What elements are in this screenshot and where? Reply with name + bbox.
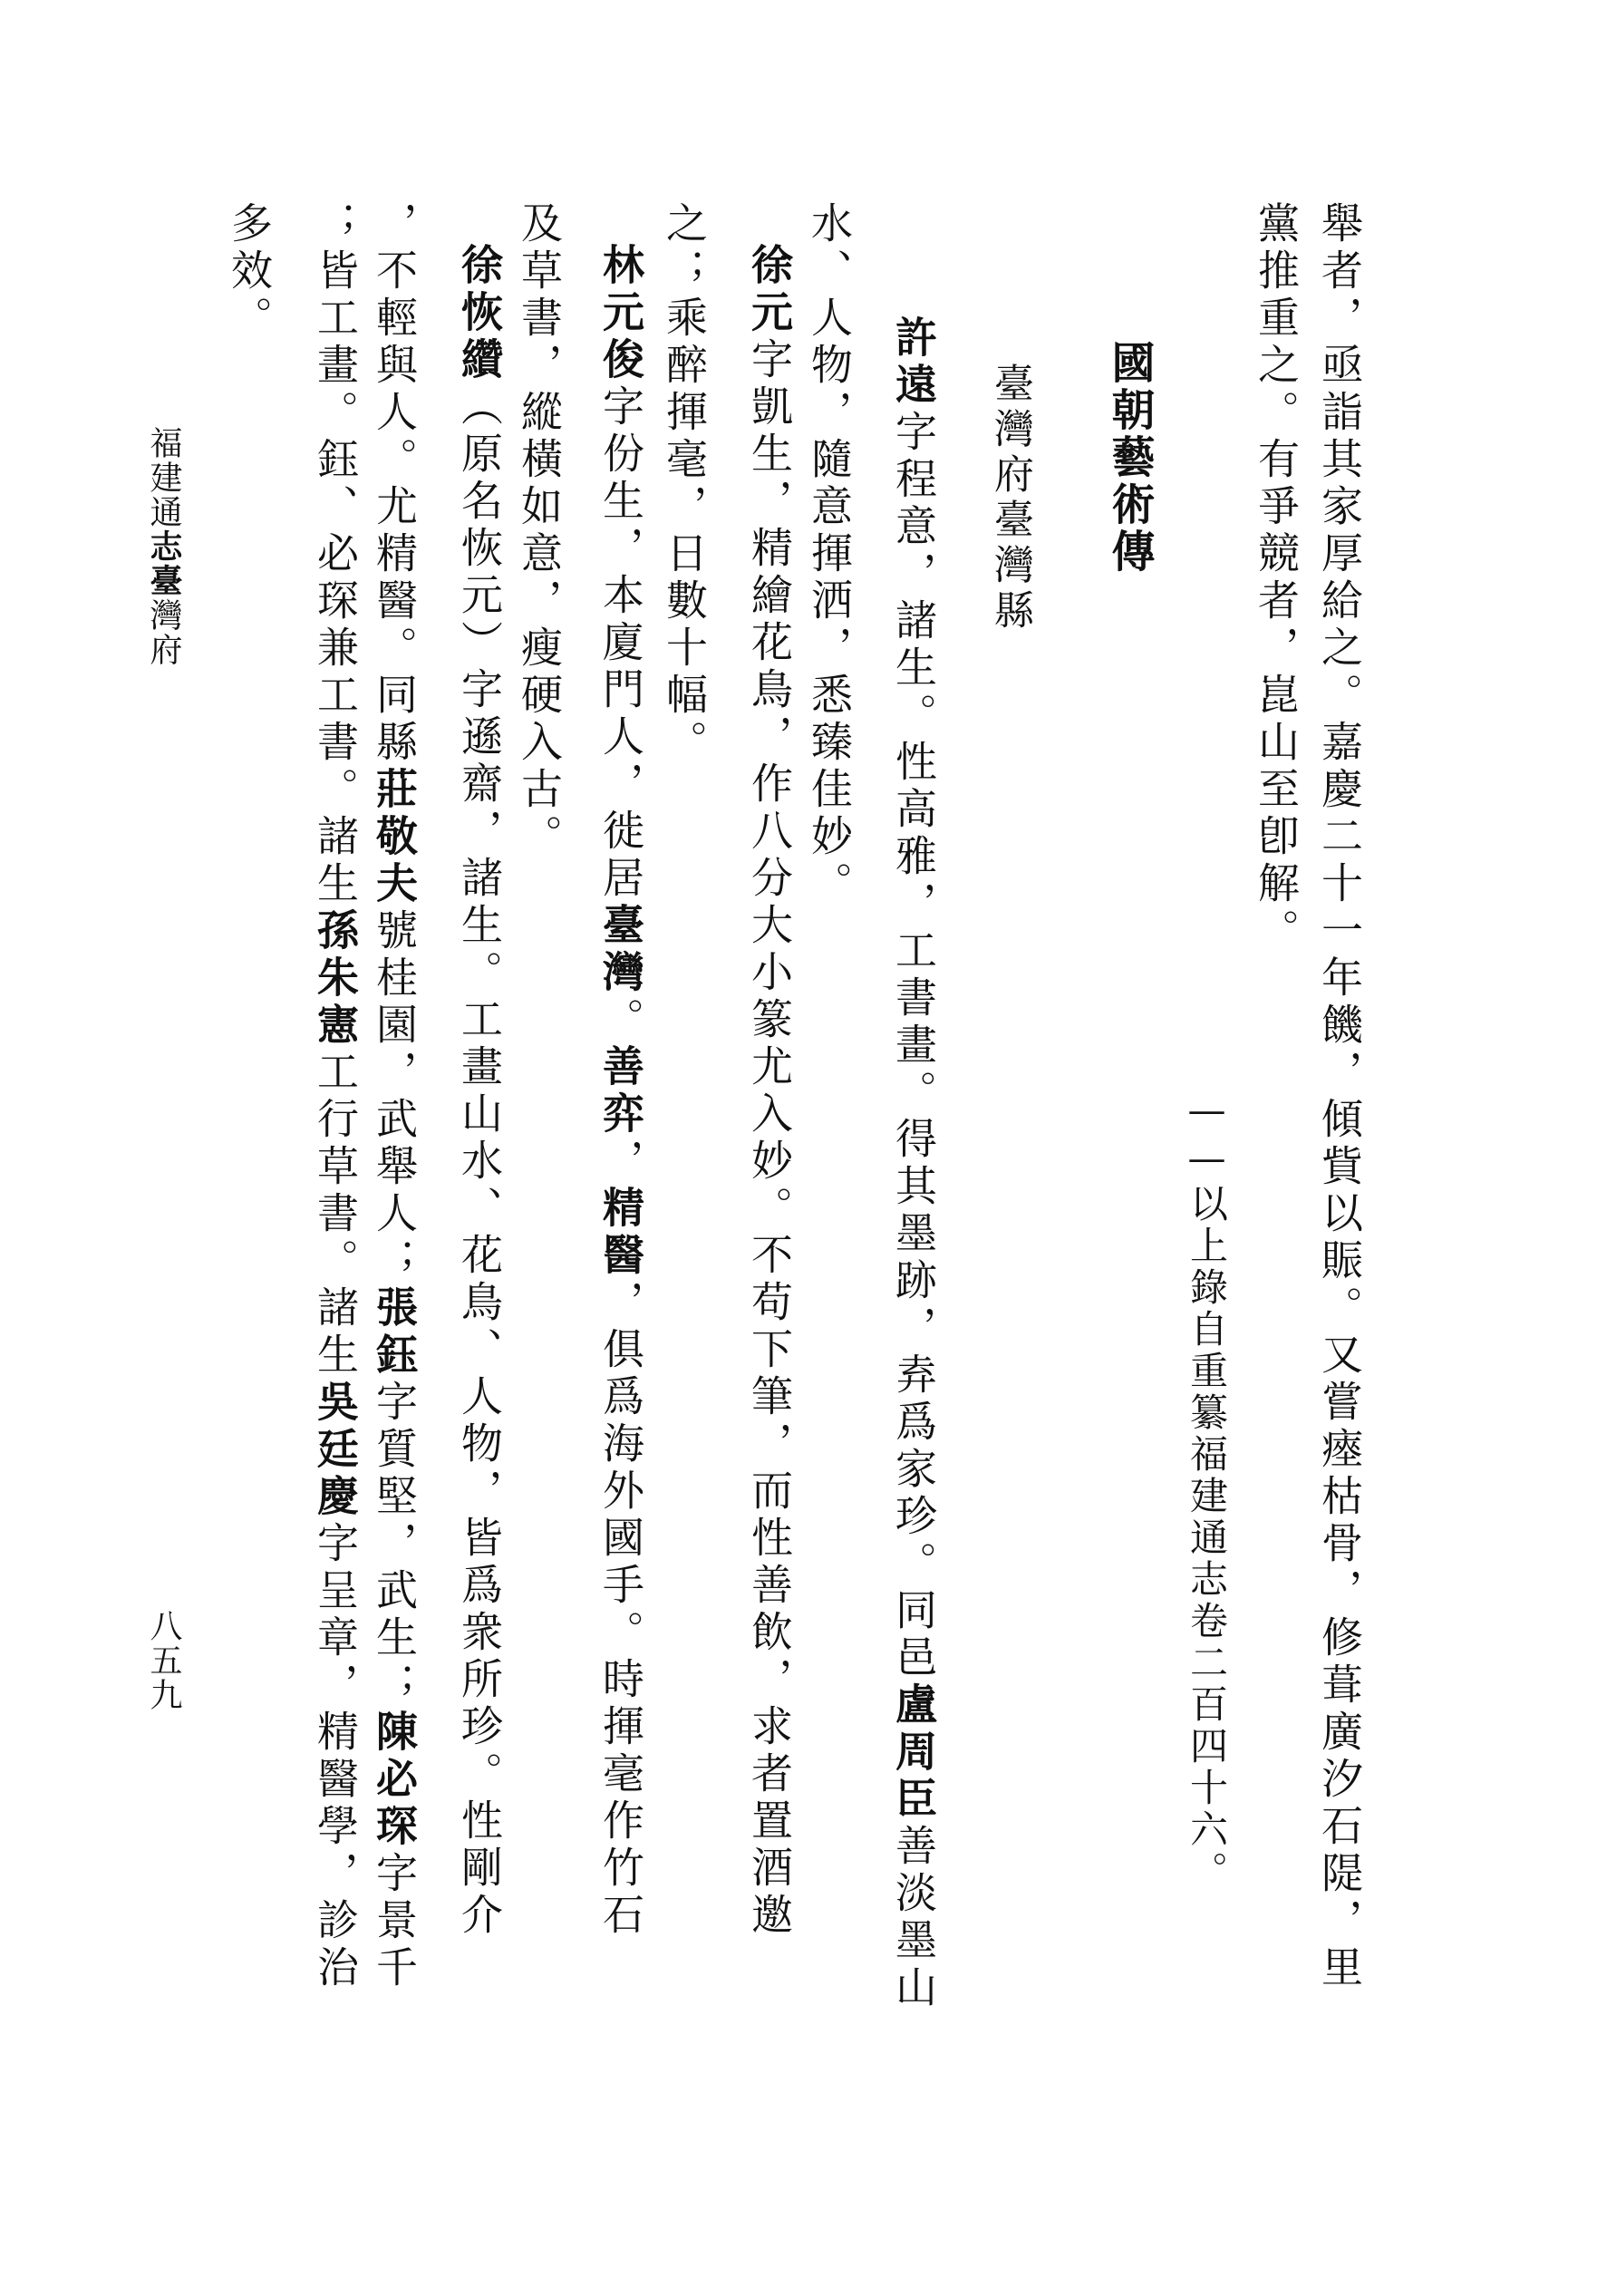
person-name: 徐恢纘 [455,243,504,384]
scanned-page: 舉者，亟詣其家厚給之。嘉慶二十一年饑，傾貲以賑。又嘗瘞枯骨，修葺廣汐石隄，里 黨… [0,0,1597,2296]
emphasis: 精醫 [596,1186,645,1280]
column-text: 善淡墨山 [889,1824,938,2012]
running-title-bold: 志臺 [145,529,182,598]
person-name: 莊敬夫 [370,767,419,908]
text-column-10: 林元俊字份生，本廈門人，徙居臺灣。善弈，精醫，俱爲海外國手。時揮毫作竹石 [600,243,642,1940]
person-name: 孫朱憲 [311,908,360,1050]
column-text: ，不輕與人。尤精醫。同縣 [370,201,419,767]
column-text: 號桂園，武舉人； [370,908,419,1285]
column-text: 黨推重之。有爭競者，崑山至卽解。 [1252,201,1301,955]
heading-text: 國朝藝術傳 [1104,340,1155,576]
person-name: 陳必琛 [370,1710,419,1851]
column-text: 之；乘醉揮毫，日數十幅。 [660,201,709,767]
text-column-15: 多效。 [228,201,270,343]
column-text: 字程意，諸生。性高雅，工書畫。得其墨跡，弆爲家珍。同邑 [889,410,938,1682]
text-column-6: 許遠字程意，諸生。性高雅，工書畫。得其墨跡，弆爲家珍。同邑盧周臣善淡墨山 [893,315,934,2012]
column-text: 舉者，亟詣其家厚給之。嘉慶二十一年饑，傾貲以賑。又嘗瘞枯骨，修葺廣汐石隄，里 [1315,201,1364,1992]
person-name: 徐元 [745,243,794,337]
text-column-13: ，不輕與人。尤精醫。同縣莊敬夫號桂園，武舉人；張鈺字質堅，武生；陳必琛字景千 [373,201,415,1992]
column-text: ；皆工畫。鈺、必琛兼工書。諸生 [311,201,360,908]
section-subheading: 臺灣府臺灣縣 [990,363,1030,635]
person-name: 許遠 [889,315,938,410]
text-column-8: 徐元字凱生，精繪花鳥，作八分大小篆尤入妙。不苟下筆，而性善飲，求者置酒邀 [749,243,790,1940]
column-text: 水、人物，隨意揮洒，悉臻佳妙。 [805,201,854,908]
source-citation: ——以上錄自重纂福建通志卷二百四十六。 [1187,1088,1225,1893]
text-column-11: 及草書，縱橫如意，瘦硬入古。 [518,201,560,861]
text-column-7: 水、人物，隨意揮洒，悉臻佳妙。 [808,201,850,908]
column-text: ，俱爲海外國手。時揮毫作竹石 [596,1280,645,1940]
text-column-14: ；皆工畫。鈺、必琛兼工書。諸生孫朱憲工行草書。諸生吳廷慶字呈章，精醫學，診治 [315,201,356,1992]
section-heading: 國朝藝術傳 [1108,340,1151,576]
person-name: 盧周臣 [889,1682,938,1824]
column-text: 字份生，本廈門人，徙居 [596,384,645,903]
column-text: 字凱生，精繪花鳥，作八分大小篆尤入妙。不苟下筆，而性善飲，求者置酒邀 [745,337,794,1940]
place-name: 臺灣 [596,903,645,997]
column-text: 字質堅，武生； [370,1380,419,1710]
running-title-text: 福建通 [145,426,182,529]
person-name: 林元俊 [596,243,645,384]
column-text: ， [596,1138,645,1186]
column-text: 。 [596,997,645,1044]
subheading-text: 臺灣府臺灣縣 [987,363,1033,635]
text-column-1: 舉者，亟詣其家厚給之。嘉慶二十一年饑，傾貲以賑。又嘗瘞枯骨，修葺廣汐石隄，里 [1319,201,1360,1992]
person-name: 吳廷慶 [311,1380,360,1521]
text-column-12: 徐恢纘（原名恢元）字遜齋，諸生。工畫山水、花鳥、人物，皆爲衆所珍。性剛介 [459,243,500,1940]
column-text: 工行草書。諸生 [311,1050,360,1380]
person-name: 張鈺 [370,1285,419,1380]
running-title: 福建通志臺灣府 [147,426,179,667]
text-column-9: 之；乘醉揮毫，日數十幅。 [663,201,705,767]
running-title-text: 灣府 [145,598,182,667]
column-text: 多效。 [225,201,274,343]
emphasis: 善弈 [596,1044,645,1138]
page-number-text: 八五九 [145,1609,182,1712]
column-text: 字呈章，精醫學，診治 [311,1521,360,1992]
column-text: 字景千 [370,1851,419,1992]
column-text: 及草書，縱橫如意，瘦硬入古。 [515,201,564,861]
page-number: 八五九 [147,1609,179,1712]
citation-text: ——以上錄自重纂福建通志卷二百四十六。 [1185,1088,1229,1893]
text-column-2: 黨推重之。有爭競者，崑山至卽解。 [1255,201,1297,955]
column-text: （原名恢元）字遜齋，諸生。工畫山水、花鳥、人物，皆爲衆所珍。性剛介 [455,384,504,1940]
